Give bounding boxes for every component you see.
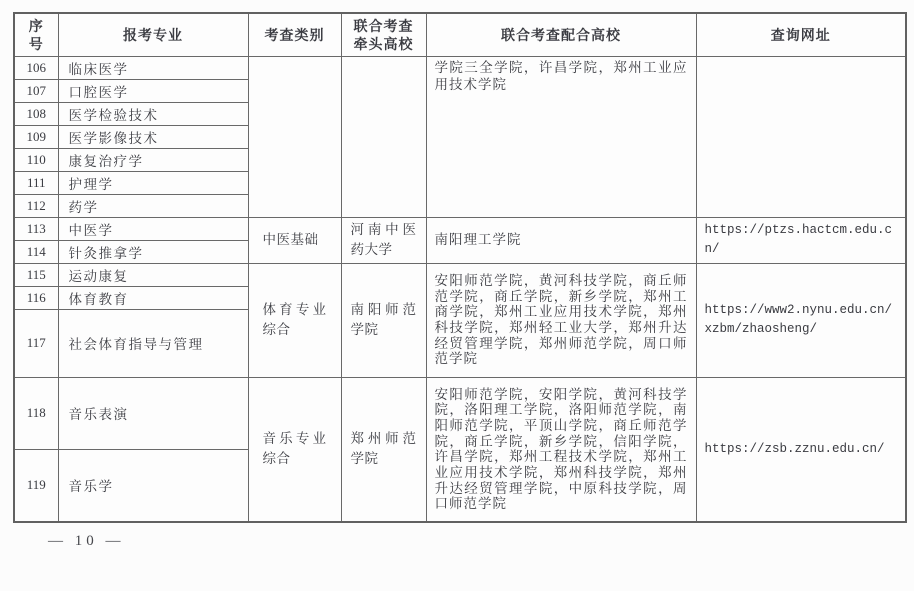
cell-lead-university [341, 56, 426, 217]
table-row: 118 音乐表演 音乐专业综合 郑州师范学院 安阳师范学院，安阳学院，黄河科技学… [14, 377, 906, 449]
cell-no: 109 [14, 125, 58, 148]
cell-partner-universities: 安阳师范学院，安阳学院，黄河科技学院，洛阳理工学院，洛阳师范学院，南阳师范学院，… [426, 377, 696, 522]
cell-major: 针灸推拿学 [58, 240, 248, 263]
cell-major: 音乐表演 [58, 377, 248, 449]
cell-major: 医学影像技术 [58, 125, 248, 148]
cell-category [248, 56, 341, 217]
header-row: 序号 报考专业 考查类别 联合考查牵头高校 联合考查配合高校 查询网址 [14, 13, 906, 56]
cell-major: 康复治疗学 [58, 148, 248, 171]
cell-major: 临床医学 [58, 56, 248, 79]
cell-lead-university: 南阳师范学院 [341, 263, 426, 377]
cell-partner-universities: 南阳理工学院 [426, 217, 696, 263]
cell-category: 体育专业综合 [248, 263, 341, 377]
cell-no: 115 [14, 263, 58, 286]
cell-major: 社会体育指导与管理 [58, 309, 248, 377]
col-header-major: 报考专业 [58, 13, 248, 56]
cell-no: 114 [14, 240, 58, 263]
cell-major: 医学检验技术 [58, 102, 248, 125]
cell-no: 111 [14, 171, 58, 194]
cell-major: 体育教育 [58, 286, 248, 309]
cell-lead-university: 郑州师范学院 [341, 377, 426, 522]
cell-no: 118 [14, 377, 58, 449]
cell-category: 中医基础 [248, 217, 341, 263]
col-header-partner-universities: 联合考查配合高校 [426, 13, 696, 56]
exam-table: 序号 报考专业 考查类别 联合考查牵头高校 联合考查配合高校 查询网址 106 … [13, 12, 907, 523]
cell-no: 107 [14, 79, 58, 102]
cell-partner-universities: 学院三全学院，许昌学院，郑州工业应用技术学院 [426, 56, 696, 217]
cell-major: 运动康复 [58, 263, 248, 286]
col-header-query-url: 查询网址 [696, 13, 906, 56]
cell-no: 112 [14, 194, 58, 217]
cell-no: 119 [14, 449, 58, 522]
cell-query-url: https://www2.nynu.edu.cn/xzbm/zhaosheng/ [696, 263, 906, 377]
table-row: 115 运动康复 体育专业综合 南阳师范学院 安阳师范学院，黄河科技学院，商丘师… [14, 263, 906, 286]
cell-no: 106 [14, 56, 58, 79]
table-row: 106 临床医学 学院三全学院，许昌学院，郑州工业应用技术学院 [14, 56, 906, 79]
document-page: 序号 报考专业 考查类别 联合考查牵头高校 联合考查配合高校 查询网址 106 … [0, 0, 914, 550]
cell-major: 护理学 [58, 171, 248, 194]
cell-major: 中医学 [58, 217, 248, 240]
page-number: — 10 — [48, 533, 905, 550]
cell-no: 108 [14, 102, 58, 125]
cell-major: 音乐学 [58, 449, 248, 522]
cell-query-url: https://zsb.zznu.edu.cn/ [696, 377, 906, 522]
col-header-lead-university: 联合考查牵头高校 [341, 13, 426, 56]
cell-no: 116 [14, 286, 58, 309]
cell-major: 口腔医学 [58, 79, 248, 102]
cell-query-url [696, 56, 906, 217]
cell-partner-universities: 安阳师范学院，黄河科技学院，商丘师范学院，商丘学院，新乡学院，郑州工商学院，郑州… [426, 263, 696, 377]
cell-major: 药学 [58, 194, 248, 217]
cell-no: 110 [14, 148, 58, 171]
cell-lead-university: 河南中医药大学 [341, 217, 426, 263]
cell-category: 音乐专业综合 [248, 377, 341, 522]
col-header-no: 序号 [14, 13, 58, 56]
table-row: 113 中医学 中医基础 河南中医药大学 南阳理工学院 https://ptzs… [14, 217, 906, 240]
cell-query-url: https://ptzs.hactcm.edu.cn/ [696, 217, 906, 263]
cell-no: 113 [14, 217, 58, 240]
col-header-category: 考查类别 [248, 13, 341, 56]
cell-no: 117 [14, 309, 58, 377]
